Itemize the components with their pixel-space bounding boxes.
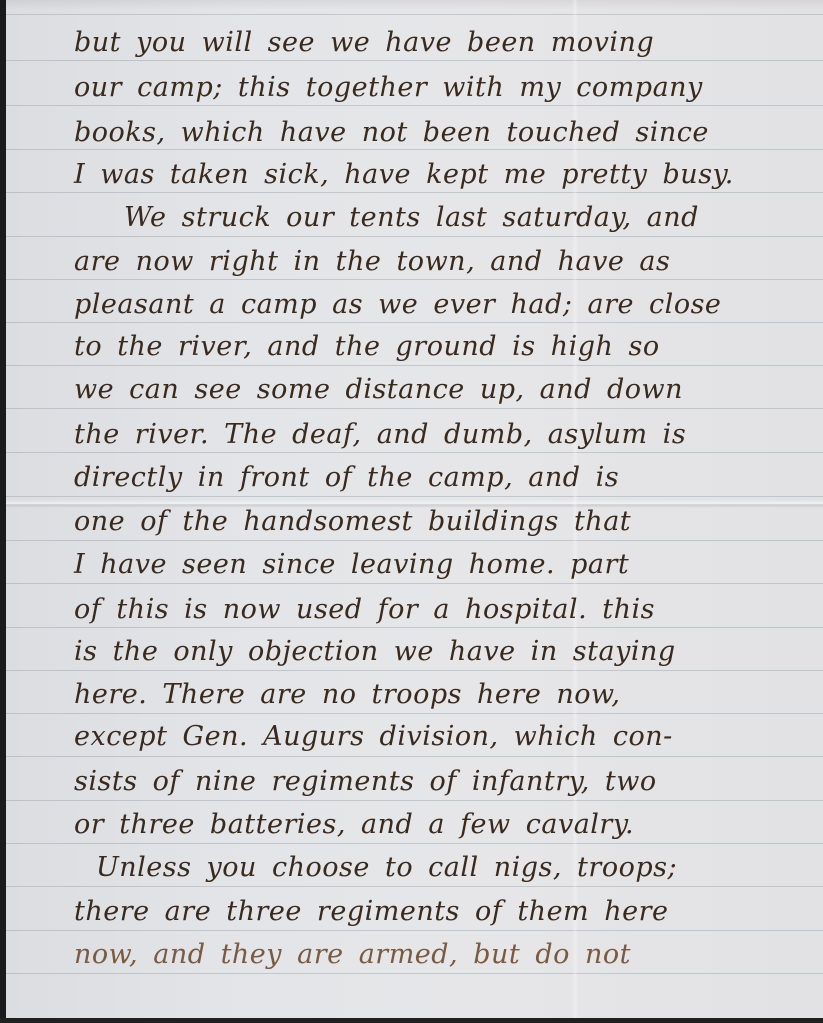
ruling-line — [6, 756, 823, 757]
text-line: now, and they are armed, but do not — [74, 940, 805, 970]
text-line: or three batteries, and a few cavalry. — [74, 810, 805, 840]
ruling-line — [6, 930, 823, 931]
text-line: directly in front of the camp, and is — [74, 463, 805, 493]
ruling-line — [6, 540, 823, 541]
text-line: Unless you choose to call nigs, troops; — [96, 853, 805, 883]
ruling-line — [6, 322, 823, 323]
text-line: to the river, and the ground is high so — [74, 332, 805, 362]
text-line: but you will see we have been moving — [74, 28, 805, 58]
ruling-line — [6, 627, 823, 628]
text-line: I have seen since leaving home. part — [74, 550, 805, 580]
text-line: our camp; this together with my company — [74, 73, 805, 103]
text-line: I was taken sick, have kept me pretty bu… — [74, 160, 805, 190]
text-line: is the only objection we have in staying — [74, 637, 805, 667]
ruling-line — [6, 800, 823, 801]
ruling-line — [6, 14, 823, 15]
text-line: the river. The deaf, and dumb, asylum is — [74, 420, 805, 450]
ruling-line — [6, 236, 823, 237]
ruling-line — [6, 886, 823, 887]
text-line: are now right in the town, and have as — [74, 247, 805, 277]
ruling-line — [6, 192, 823, 193]
ruling-line — [6, 452, 823, 453]
ruling-line — [6, 713, 823, 714]
ruling-line — [6, 496, 823, 497]
ruling-line — [6, 279, 823, 280]
ruling-line — [6, 670, 823, 671]
text-line: We struck our tents last saturday, and — [124, 203, 805, 233]
text-line: except Gen. Augurs division, which con- — [74, 722, 805, 752]
text-line: of this is now used for a hospital. this — [74, 595, 805, 625]
ruling-line — [6, 843, 823, 844]
text-line: books, which have not been touched since — [74, 118, 805, 148]
text-line: here. There are no troops here now, — [74, 680, 805, 710]
ruling-line — [6, 583, 823, 584]
ruling-line — [6, 973, 823, 974]
text-line: one of the handsomest buildings that — [74, 507, 805, 537]
text-line: there are three regiments of them here — [74, 897, 805, 927]
scan-edge — [0, 1018, 823, 1023]
text-line: pleasant a camp as we ever had; are clos… — [74, 290, 805, 320]
text-line: we can see some distance up, and down — [74, 375, 805, 405]
ruling-line — [6, 365, 823, 366]
ruling-line — [6, 60, 823, 61]
ruling-line — [6, 105, 823, 106]
letter-page: but you will see we have been moving our… — [6, 0, 823, 1018]
ruling-line — [6, 408, 823, 409]
text-line: sists of nine regiments of infantry, two — [74, 767, 805, 797]
ruling-line — [6, 149, 823, 150]
